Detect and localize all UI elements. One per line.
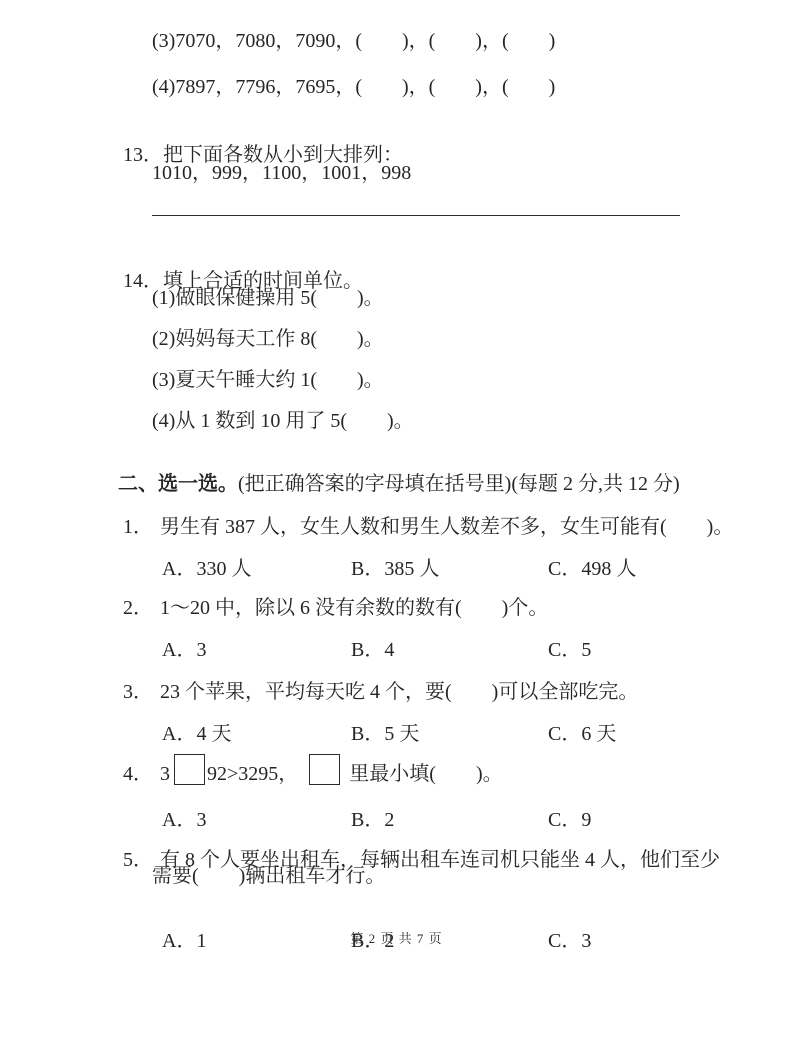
choice-question-5-text-line2: 需要( )辆出租车才行。 (152, 863, 385, 889)
question-14-sub-4: (4)从 1 数到 10 用了 5( )。 (152, 408, 414, 434)
page-footer: 第 2 页 共 7 页 (0, 928, 793, 947)
question-14-sub-2: (2)妈妈每天工作 8( )。 (152, 326, 384, 352)
sequence-line-3: (3)7070，7080，7090，( )，( )，( ) (152, 28, 555, 54)
question-13-numbers: 1010，999，1100，1001，998 (152, 160, 411, 186)
question-14-sub-1: (1)做眼保健操用 5( )。 (152, 285, 384, 311)
question-14-sub-3: (3)夏天午睡大约 1( )。 (152, 367, 384, 393)
option-c: C．6 天 (548, 721, 616, 747)
option-c: C．498 人 (548, 556, 636, 582)
answer-blank-line (152, 215, 680, 216)
sequence-line-4: (4)7897，7796，7695，( )，( )，( ) (152, 74, 555, 100)
choice-question-4: 4．392>3295，里最小填( )。 (113, 728, 503, 787)
